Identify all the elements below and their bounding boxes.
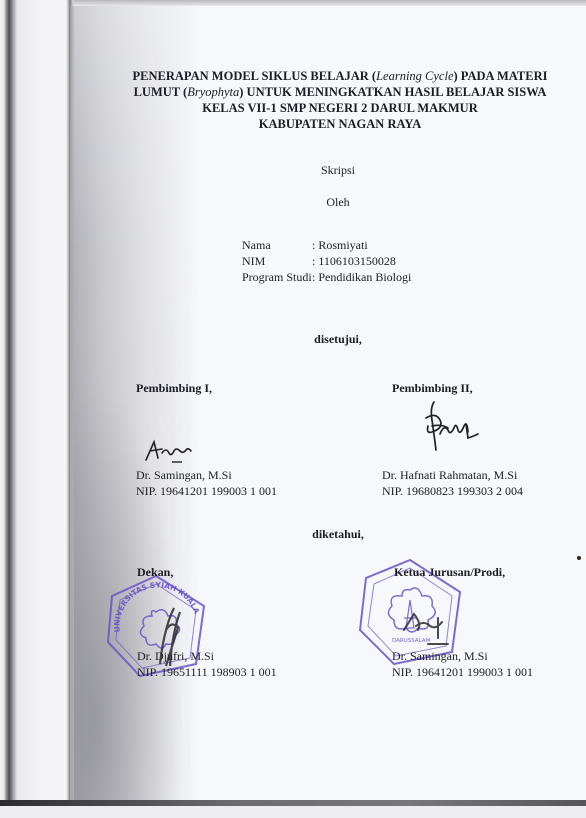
scan-speck: [577, 556, 581, 560]
student-info: Nama : Rosmiyati NIM : 1106103150028 Pro…: [242, 237, 411, 285]
advisor1-name: Dr. Samingan, M.Si: [136, 467, 277, 483]
advisor2-role: Pembimbing II,: [392, 380, 473, 396]
svg-text:DARUSSALAM: DARUSSALAM: [392, 638, 431, 644]
nim-label: NIM: [242, 253, 312, 269]
title-line-2: LUMUT (Bryophyta) UNTUK MENINGKATKAN HAS…: [120, 84, 560, 100]
program-value: : Pendidikan Biologi: [312, 269, 411, 285]
title-line-1: PENERAPAN MODEL SIKLUS BELAJAR (Learning…: [120, 68, 560, 84]
acknowledged-label: diketahui,: [0, 527, 586, 542]
advisor1-role-block: Pembimbing I,: [136, 380, 212, 396]
dean-role-block: Dekan,: [137, 564, 173, 580]
program-label: Program Studi: [242, 269, 312, 285]
advisor2-nip: NIP. 19680823 199303 2 004: [382, 483, 523, 499]
advisor2-signature-icon: [420, 398, 490, 458]
student-program-row: Program Studi : Pendidikan Biologi: [242, 269, 411, 285]
head-nip: NIP. 19641201 199003 1 001: [392, 664, 533, 680]
name-label: Nama: [242, 237, 312, 253]
title-line-4: KABUPATEN NAGAN RAYA: [120, 116, 560, 132]
head-role-block: Ketua Jurusan/Prodi,: [394, 564, 505, 580]
scan-binding-strip: [0, 0, 74, 818]
head-info: Dr. Samingan, M.Si NIP. 19641201 199003 …: [392, 648, 533, 680]
by-label: Oleh: [0, 195, 586, 210]
title-line-3: KELAS VII-1 SMP NEGERI 2 DARUL MAKMUR: [120, 100, 560, 116]
advisor2-info: Dr. Hafnati Rahmatan, M.Si NIP. 19680823…: [382, 467, 523, 499]
nim-value: : 1106103150028: [312, 253, 396, 269]
student-name-row: Nama : Rosmiyati: [242, 237, 411, 253]
name-value: : Rosmiyati: [312, 237, 368, 253]
advisor1-info: Dr. Samingan, M.Si NIP. 19641201 199003 …: [136, 467, 277, 499]
advisor2-role-block: Pembimbing II,: [392, 380, 473, 396]
scan-below-edge: [0, 806, 586, 818]
advisor1-nip: NIP. 19641201 199003 1 001: [136, 483, 277, 499]
dean-name: Dr. Djufri, M.Si: [137, 648, 277, 664]
svg-text:UNIVERSITAS SYIAH KUALA: UNIVERSITAS SYIAH KUALA: [112, 581, 201, 633]
approved-label: disetujui,: [0, 332, 586, 347]
advisor1-role: Pembimbing I,: [136, 380, 212, 396]
dean-info: Dr. Djufri, M.Si NIP. 19651111 198903 1 …: [137, 648, 277, 680]
advisor1-signature-icon: [142, 438, 202, 464]
student-nim-row: NIM : 1106103150028: [242, 253, 411, 269]
doc-type: Skripsi: [0, 163, 586, 178]
dean-nip: NIP. 19651111 198903 1 001: [137, 664, 277, 680]
head-role: Ketua Jurusan/Prodi,: [394, 564, 505, 580]
thesis-title: PENERAPAN MODEL SIKLUS BELAJAR (Learning…: [120, 68, 560, 132]
dean-role: Dekan,: [137, 564, 173, 580]
head-name: Dr. Samingan, M.Si: [392, 648, 533, 664]
advisor2-name: Dr. Hafnati Rahmatan, M.Si: [382, 467, 523, 483]
